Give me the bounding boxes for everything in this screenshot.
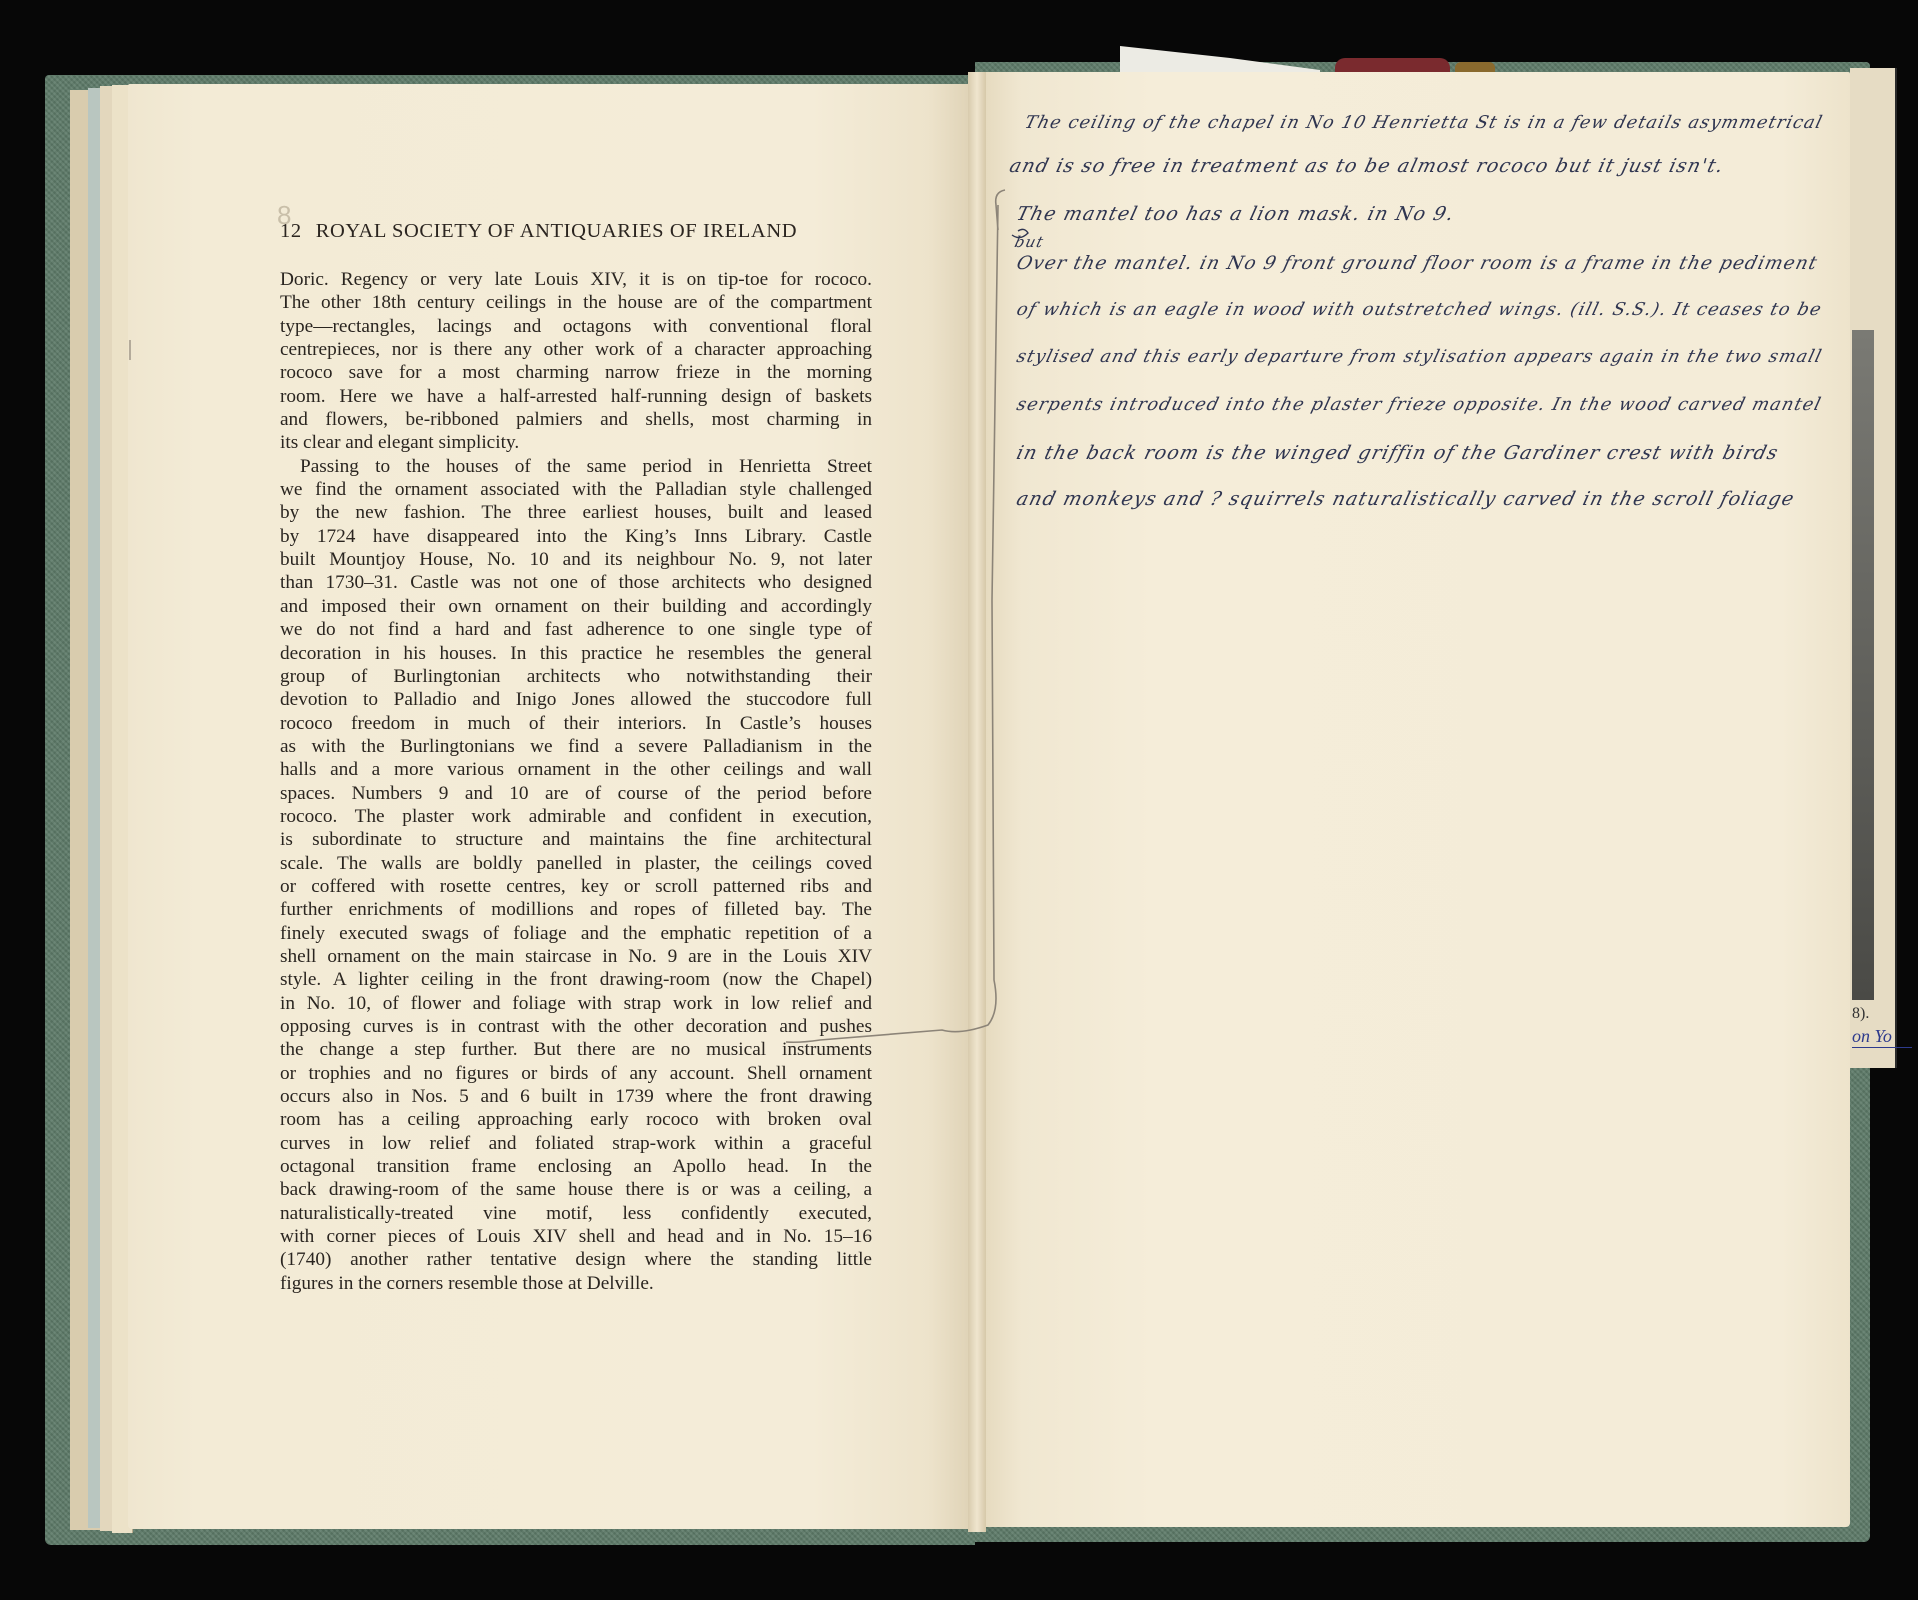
- text-line: group of Burlingtonian architects who no…: [280, 665, 872, 688]
- text-line: with corner pieces of Louis XIV shell an…: [280, 1225, 872, 1248]
- text-line: room. Here we have a half-arrested half-…: [280, 385, 872, 408]
- text-line: built Mountjoy House, No. 10 and its nei…: [280, 548, 872, 571]
- handwritten-line: in the back room is the winged griffin o…: [1014, 442, 1781, 464]
- text-line: spaces. Numbers 9 and 10 are of course o…: [280, 782, 872, 805]
- text-line: curves in low relief and foliated strap-…: [280, 1132, 872, 1155]
- handwritten-line: The mantel too has a lion mask. in No 9.: [1014, 203, 1457, 225]
- text-line: The other 18th century ceilings in the h…: [280, 291, 872, 314]
- text-line: by the new fashion. The three earliest h…: [280, 501, 872, 524]
- text-line: room has a ceiling approaching early roc…: [280, 1108, 872, 1131]
- text-line: we do not find a hard and fast adherence…: [280, 618, 872, 641]
- journal-title: ROYAL SOCIETY OF ANTIQUARIES OF IRELAND: [316, 220, 797, 242]
- clipping-photo: [1852, 330, 1874, 1000]
- clipping-ink-note: on Yo: [1852, 1026, 1912, 1048]
- text-line: is subordinate to structure and maintain…: [280, 828, 872, 851]
- text-line: scale. The walls are boldly panelled in …: [280, 852, 872, 875]
- handwritten-line: and is so free in treatment as to be alm…: [1007, 155, 1726, 177]
- text-line: shell ornament on the main staircase in …: [280, 945, 872, 968]
- body-text: Doric. Regency or very late Louis XIV, i…: [280, 268, 872, 1295]
- handwritten-line: serpents introduced into the plaster fri…: [1015, 395, 1824, 415]
- text-line: or coffered with rosette centres, key or…: [280, 875, 872, 898]
- text-line: rococo. The plaster work admirable and c…: [280, 805, 872, 828]
- text-line: halls and a more various ornament in the…: [280, 758, 872, 781]
- handwritten-line: Over the mantel. in No 9 front ground fl…: [1014, 253, 1820, 274]
- text-line: decoration in his houses. In this practi…: [280, 642, 872, 665]
- text-line: naturalistically-treated vine motif, les…: [280, 1202, 872, 1225]
- text-line: and imposed their own ornament on their …: [280, 595, 872, 618]
- text-line: we find the ornament associated with the…: [280, 478, 872, 501]
- text-line: centrepieces, nor is there any other wor…: [280, 338, 872, 361]
- text-line: type—rectangles, lacings and octagons wi…: [280, 315, 872, 338]
- text-line: occurs also in Nos. 5 and 6 built in 173…: [280, 1085, 872, 1108]
- text-line: finely executed swags of foliage and the…: [280, 922, 872, 945]
- text-line: rococo freedom in much of their interior…: [280, 712, 872, 735]
- text-line: Doric. Regency or very late Louis XIV, i…: [280, 268, 872, 291]
- text-line: devotion to Palladio and Inigo Jones all…: [280, 688, 872, 711]
- text-line: opposing curves is in contrast with the …: [280, 1015, 872, 1038]
- text-line: octagonal transition frame enclosing an …: [280, 1155, 872, 1178]
- text-line: by 1724 have disappeared into the King’s…: [280, 525, 872, 548]
- handwritten-line: and monkeys and ? squirrels naturalistic…: [1014, 488, 1797, 510]
- handwritten-line: of which is an eagle in wood with outstr…: [1015, 300, 1825, 320]
- text-line: (1740) another rather tentative design w…: [280, 1248, 872, 1271]
- text-line: Passing to the houses of the same period…: [280, 455, 872, 478]
- text-line: than 1730–31. Castle was not one of thos…: [280, 571, 872, 594]
- clipping-caption: 8).: [1852, 1005, 1912, 1023]
- text-line: in No. 10, of flower and foliage with st…: [280, 992, 872, 1015]
- handwritten-line: but: [1013, 233, 1046, 251]
- text-line: and flowers, be-ribboned palmiers and sh…: [280, 408, 872, 431]
- text-line: or trophies and no figures or birds of a…: [280, 1062, 872, 1085]
- text-line: figures in the corners resemble those at…: [280, 1272, 872, 1295]
- page-number: 12: [280, 220, 302, 242]
- right-page: [978, 72, 1850, 1527]
- text-line: its clear and elegant simplicity.: [280, 431, 872, 454]
- handwritten-line: The ceiling of the chapel in No 10 Henri…: [1023, 113, 1826, 133]
- handwritten-line: stylised and this early departure from s…: [1015, 347, 1825, 367]
- book-gutter: [968, 72, 986, 1532]
- running-head: 12ROYAL SOCIETY OF ANTIQUARIES OF IRELAN…: [280, 220, 880, 243]
- text-line: further enrichments of modillions and ro…: [280, 898, 872, 921]
- text-line: as with the Burlingtonians we find a sev…: [280, 735, 872, 758]
- text-line: rococo save for a most charming narrow f…: [280, 361, 872, 384]
- text-line: style. A lighter ceiling in the front dr…: [280, 968, 872, 991]
- text-line: back drawing-room of the same house ther…: [280, 1178, 872, 1201]
- text-line: the change a step further. But there are…: [280, 1038, 872, 1061]
